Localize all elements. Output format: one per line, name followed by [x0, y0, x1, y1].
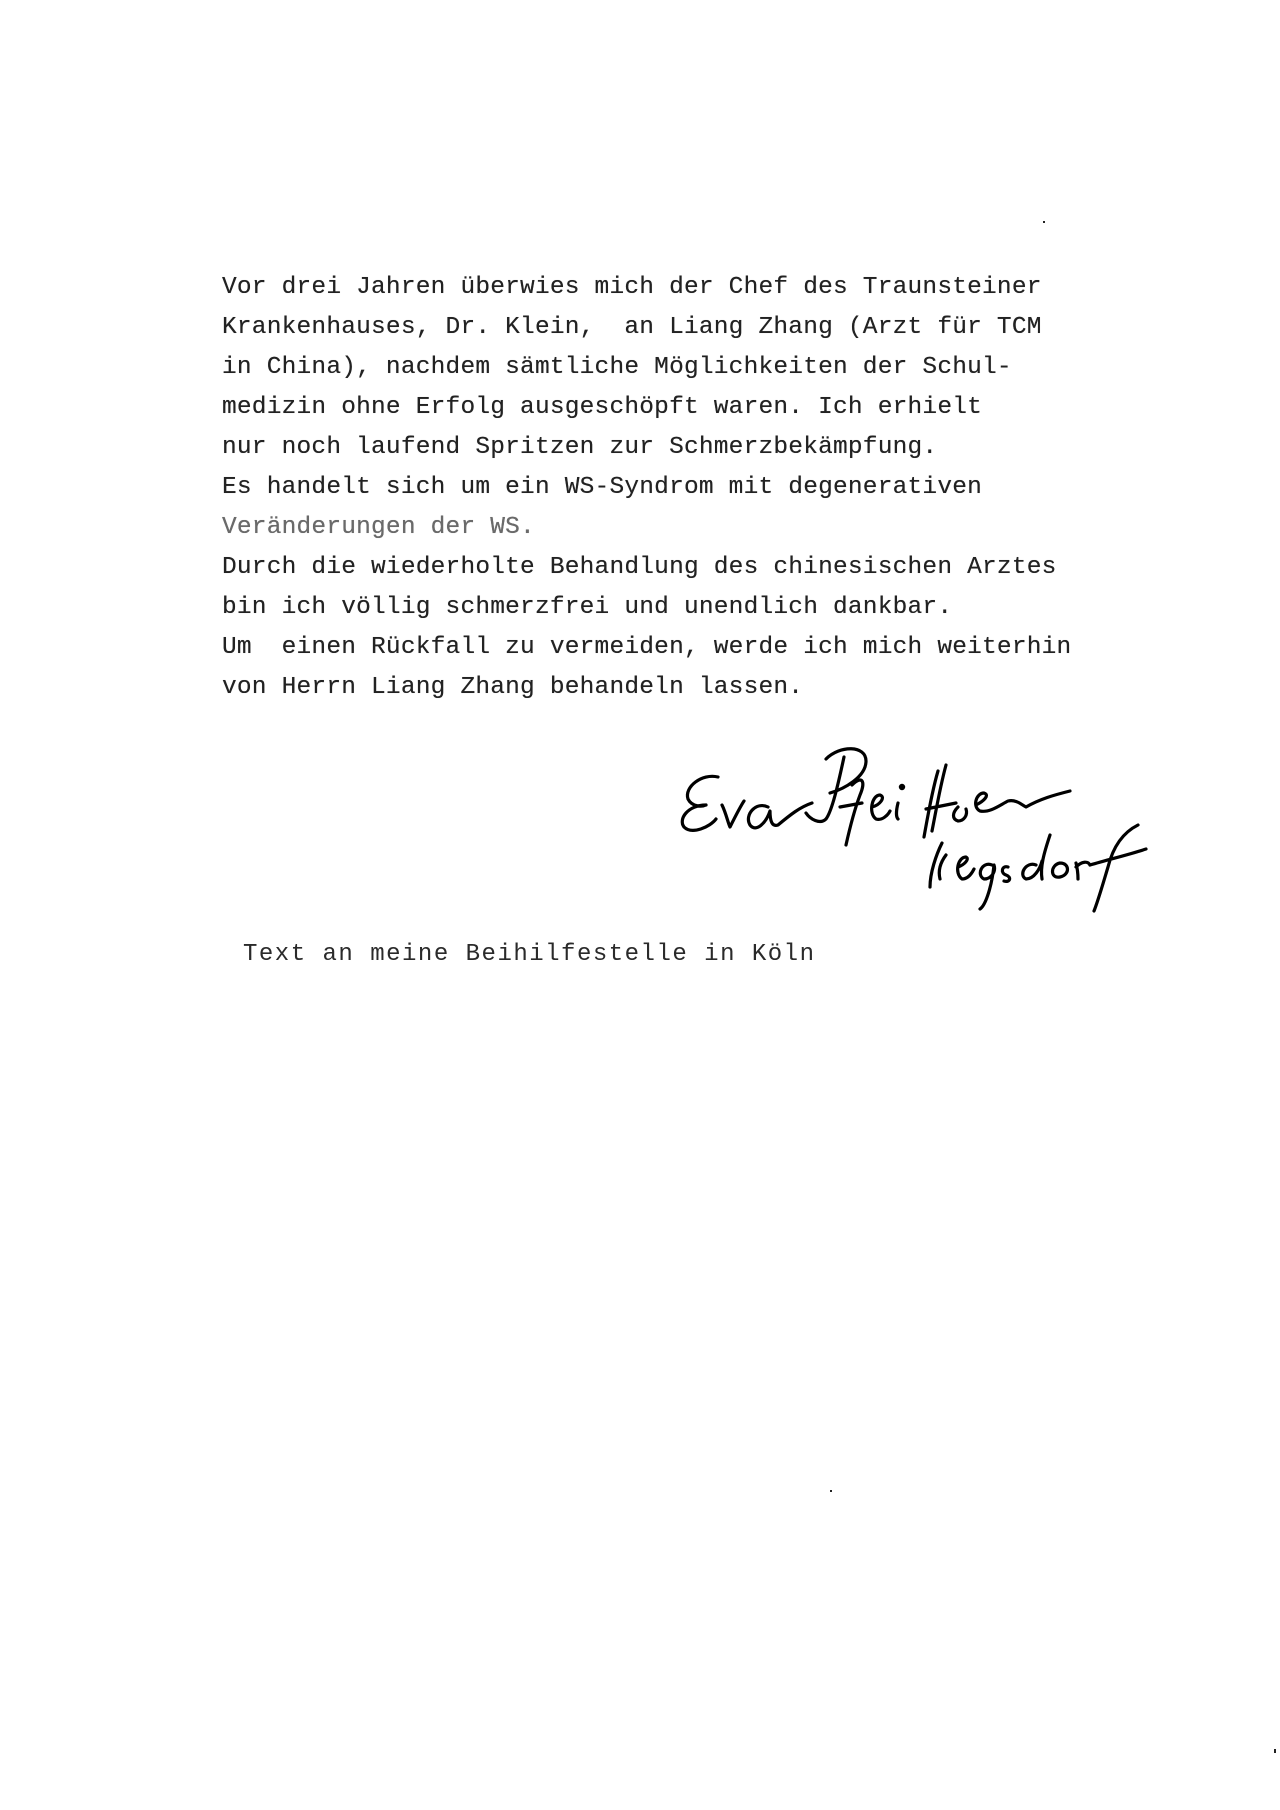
scan-speck [1274, 1749, 1276, 1753]
letter-line: medizin ohne Erfolg ausgeschöpft waren. … [222, 388, 1122, 428]
letter-line: Krankenhauses, Dr. Klein, an Liang Zhang… [222, 308, 1122, 348]
letter-body: Vor drei Jahren überwies mich der Chef d… [222, 268, 1122, 708]
letter-line: in China), nachdem sämtliche Möglichkeit… [222, 348, 1122, 388]
handwritten-signature [640, 715, 1160, 915]
footnote-text: Text an meine Beihilfestelle in Köln [243, 935, 815, 975]
letter-line: von Herrn Liang Zhang behandeln lassen. [222, 668, 1122, 708]
letter-line: Es handelt sich um ein WS-Syndrom mit de… [222, 468, 1122, 508]
scan-speck [1043, 221, 1045, 223]
letter-line: bin ich völlig schmerzfrei und unendlich… [222, 588, 1122, 628]
letter-line: Vor drei Jahren überwies mich der Chef d… [222, 268, 1122, 308]
letter-line: Veränderungen der WS. [222, 508, 1122, 548]
letter-line: nur noch laufend Spritzen zur Schmerzbek… [222, 428, 1122, 468]
letter-line: Um einen Rückfall zu vermeiden, werde ic… [222, 628, 1122, 668]
scan-speck [830, 1490, 832, 1492]
letter-line: Durch die wiederholte Behandlung des chi… [222, 548, 1122, 588]
document-page: Vor drei Jahren überwies mich der Chef d… [0, 0, 1280, 1810]
